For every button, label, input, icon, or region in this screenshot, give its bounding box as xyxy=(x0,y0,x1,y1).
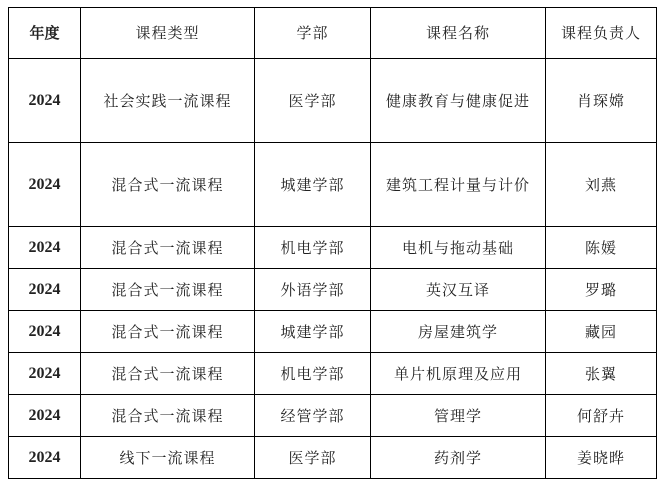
cell-course-lead: 陈媛 xyxy=(546,227,657,269)
cell-course-type: 线下一流课程 xyxy=(81,437,255,479)
cell-year: 2024 xyxy=(9,437,81,479)
cell-course-name: 药剂学 xyxy=(371,437,546,479)
cell-course-lead: 肖琛嫦 xyxy=(546,59,657,143)
header-row: 年度 课程类型 学部 课程名称 课程负责人 xyxy=(9,8,657,59)
cell-course-type: 混合式一流课程 xyxy=(81,311,255,353)
cell-year: 2024 xyxy=(9,143,81,227)
cell-course-lead: 姜晓晔 xyxy=(546,437,657,479)
header-course-name: 课程名称 xyxy=(371,8,546,59)
cell-department: 城建学部 xyxy=(255,143,371,227)
header-course-type: 课程类型 xyxy=(81,8,255,59)
cell-course-name: 电机与拖动基础 xyxy=(371,227,546,269)
cell-department: 经管学部 xyxy=(255,395,371,437)
header-year: 年度 xyxy=(9,8,81,59)
cell-year: 2024 xyxy=(9,395,81,437)
cell-course-type: 混合式一流课程 xyxy=(81,395,255,437)
header-department: 学部 xyxy=(255,8,371,59)
cell-department: 医学部 xyxy=(255,59,371,143)
table-row: 2024 混合式一流课程 外语学部 英汉互译 罗璐 xyxy=(9,269,657,311)
cell-year: 2024 xyxy=(9,59,81,143)
course-table: 年度 课程类型 学部 课程名称 课程负责人 2024 社会实践一流课程 医学部 … xyxy=(8,7,657,479)
cell-course-lead: 刘燕 xyxy=(546,143,657,227)
table-row: 2024 混合式一流课程 经管学部 管理学 何舒卉 xyxy=(9,395,657,437)
table-row: 2024 社会实践一流课程 医学部 健康教育与健康促进 肖琛嫦 xyxy=(9,59,657,143)
table-row: 2024 混合式一流课程 机电学部 电机与拖动基础 陈媛 xyxy=(9,227,657,269)
cell-course-name: 单片机原理及应用 xyxy=(371,353,546,395)
cell-year: 2024 xyxy=(9,227,81,269)
cell-year: 2024 xyxy=(9,353,81,395)
cell-course-lead: 藏园 xyxy=(546,311,657,353)
table-row: 2024 混合式一流课程 城建学部 建筑工程计量与计价 刘燕 xyxy=(9,143,657,227)
cell-course-name: 建筑工程计量与计价 xyxy=(371,143,546,227)
cell-course-type: 混合式一流课程 xyxy=(81,269,255,311)
cell-year: 2024 xyxy=(9,269,81,311)
cell-course-lead: 何舒卉 xyxy=(546,395,657,437)
cell-course-lead: 罗璐 xyxy=(546,269,657,311)
cell-department: 机电学部 xyxy=(255,227,371,269)
cell-course-lead: 张翼 xyxy=(546,353,657,395)
cell-course-type: 混合式一流课程 xyxy=(81,143,255,227)
cell-department: 机电学部 xyxy=(255,353,371,395)
cell-department: 医学部 xyxy=(255,437,371,479)
cell-course-name: 管理学 xyxy=(371,395,546,437)
cell-course-name: 英汉互译 xyxy=(371,269,546,311)
cell-year: 2024 xyxy=(9,311,81,353)
cell-course-name: 房屋建筑学 xyxy=(371,311,546,353)
header-course-lead: 课程负责人 xyxy=(546,8,657,59)
cell-department: 城建学部 xyxy=(255,311,371,353)
cell-course-type: 混合式一流课程 xyxy=(81,227,255,269)
table-row: 2024 混合式一流课程 机电学部 单片机原理及应用 张翼 xyxy=(9,353,657,395)
table-row: 2024 混合式一流课程 城建学部 房屋建筑学 藏园 xyxy=(9,311,657,353)
cell-course-name: 健康教育与健康促进 xyxy=(371,59,546,143)
cell-course-type: 混合式一流课程 xyxy=(81,353,255,395)
table-row: 2024 线下一流课程 医学部 药剂学 姜晓晔 xyxy=(9,437,657,479)
cell-department: 外语学部 xyxy=(255,269,371,311)
cell-course-type: 社会实践一流课程 xyxy=(81,59,255,143)
